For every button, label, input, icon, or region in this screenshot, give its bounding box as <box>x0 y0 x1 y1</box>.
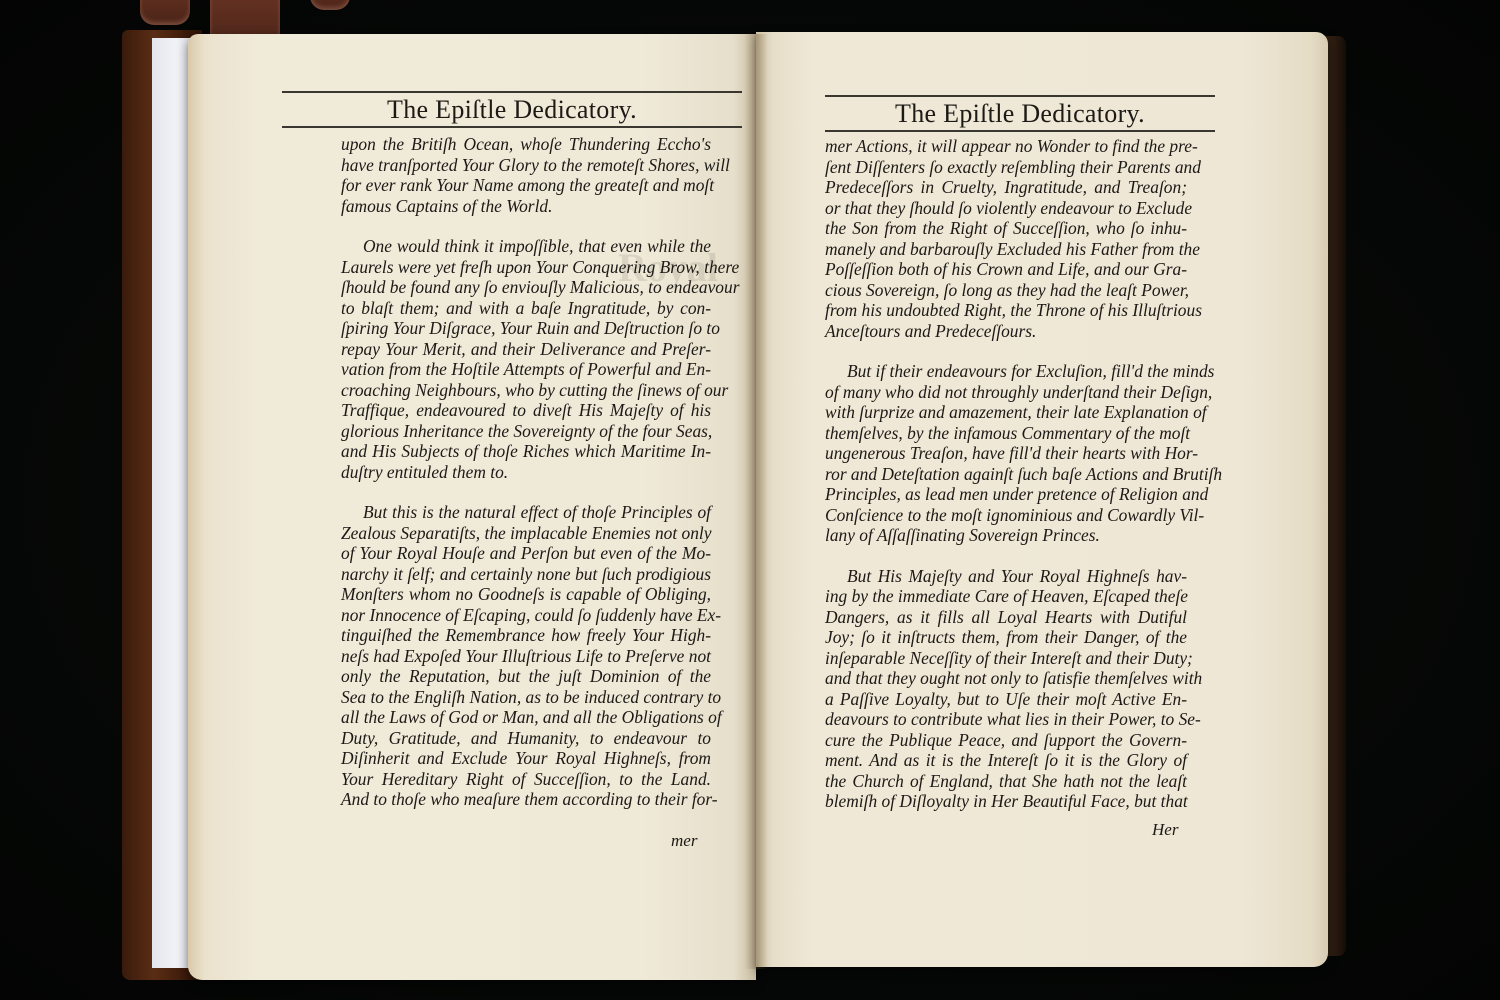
text-line: ſhould be found any ſo enviouſly Malicio… <box>341 277 711 298</box>
text-line: Joy; ſo it inſtructs them, from their Da… <box>825 627 1187 648</box>
text-line: One would think it impoſſible, that even… <box>341 236 711 257</box>
text-line: vation from the Hoſtile Attempts of Powe… <box>341 359 711 380</box>
text-line: Duty, Gratitude, and Humanity, to endeav… <box>341 728 711 749</box>
text-line: for ever rank Your Name among the greate… <box>341 175 711 196</box>
catchword: mer <box>671 831 697 851</box>
text-line: inſeparable Neceſſity of their Intereſt … <box>825 648 1187 669</box>
right-page: The Epiſtle Dedicatory. mer Actions, it … <box>756 32 1328 967</box>
text-line: Traffique, endeavoured to diveſt His Maj… <box>341 400 711 421</box>
text-line: and His Subjects of thoſe Riches which M… <box>341 441 711 462</box>
text-line: Diſinherit and Exclude Your Royal Highne… <box>341 748 711 769</box>
text-line: duſtry entituled them to. <box>341 462 711 483</box>
text-line: Monſters whom no Goodneſs is capable of … <box>341 584 711 605</box>
text-line: with ſurprize and amazement, their late … <box>825 402 1187 423</box>
text-line: ing by the immediate Care of Heaven, Eſc… <box>825 586 1187 607</box>
text-line: cure the Publique Peace, and ſupport the… <box>825 730 1187 751</box>
text-line: famous Captains of the World. <box>341 196 711 217</box>
text-line: ſent Diſſenters ſo exactly reſembling th… <box>825 157 1187 178</box>
text-line: have tranſported Your Glory to the remot… <box>341 155 711 176</box>
text-line: the Son from the Right of Succeſſion, wh… <box>825 218 1187 239</box>
running-header: The Epiſtle Dedicatory. <box>282 91 742 128</box>
text-line: nor Innocence of Eſcaping, could ſo ſudd… <box>341 605 711 626</box>
text-line: manely and barbarouſly Excluded his Fath… <box>825 239 1187 260</box>
left-page: Royal The Epiſtle Dedicatory. upon the B… <box>188 34 756 980</box>
text-line: a Paſſive Loyalty, but to Uſe their moſt… <box>825 689 1187 710</box>
text-line: upon the Britiſh Ocean, whoſe Thundering… <box>341 134 711 155</box>
text-line: Conſcience to the moſt ignominious and C… <box>825 505 1187 526</box>
text-line: ror and Deteſtation againſt ſuch baſe Ac… <box>825 464 1187 485</box>
text-line: themſelves, by the infamous Commentary o… <box>825 423 1187 444</box>
text-line: Dangers, as it fills all Loyal Hearts wi… <box>825 607 1187 628</box>
text-line: croaching Neighbours, who by cutting the… <box>341 380 711 401</box>
text-line: Poſſeſſion both of his Crown and Life, a… <box>825 259 1187 280</box>
text-line: blemiſh of Diſloyalty in Her Beautiful F… <box>825 791 1187 812</box>
text-line: of Your Royal Houſe and Perſon but even … <box>341 543 711 564</box>
text-line: But this is the natural effect of thoſe … <box>341 502 711 523</box>
text-line: Principles, as lead men under pretence o… <box>825 484 1187 505</box>
text-line: glorious Inheritance the Sovereignty of … <box>341 421 711 442</box>
text-line: the Church of England, that She hath not… <box>825 771 1187 792</box>
text-line: cious Sovereign, ſo long as they had the… <box>825 280 1187 301</box>
paragraph: But His Majeſty and Your Royal Highneſs … <box>825 566 1187 812</box>
text-line: only the Reputation, but the juſt Domini… <box>341 666 711 687</box>
text-line: And to thoſe who meaſure them according … <box>341 789 711 810</box>
text-line: ment. And as it is the Intereſt ſo it is… <box>825 750 1187 771</box>
paragraph: upon the Britiſh Ocean, whoſe Thundering… <box>341 134 711 216</box>
text-line: lany of Aſſaſſinating Sovereign Princes. <box>825 525 1187 546</box>
text-line: ſpiring Your Diſgrace, Your Ruin and Deſ… <box>341 318 711 339</box>
text-line: narchy it ſelf; and certainly none but ſ… <box>341 564 711 585</box>
text-line: from his undoubted Right, the Throne of … <box>825 300 1187 321</box>
flyleaf-paper <box>152 38 192 968</box>
text-line: Predeceſſors in Cruelty, Ingratitude, an… <box>825 177 1187 198</box>
text-line: But His Majeſty and Your Royal Highneſs … <box>825 566 1187 587</box>
text-line: to blaſt them; and with a baſe Ingratitu… <box>341 298 711 319</box>
text-line: tinguiſhed the Remembrance how freely Yo… <box>341 625 711 646</box>
paragraph: But if their endeavours for Excluſion, f… <box>825 361 1187 546</box>
paragraph: But this is the natural effect of thoſe … <box>341 502 711 810</box>
paragraph: mer Actions, it will appear no Wonder to… <box>825 136 1187 341</box>
text-line: all the Laws of God or Man, and all the … <box>341 707 711 728</box>
right-page-body: mer Actions, it will appear no Wonder to… <box>825 136 1187 812</box>
catchword: Her <box>1152 820 1178 840</box>
text-line: and that they ought not only to ſatisfie… <box>825 668 1187 689</box>
running-title: The Epiſtle Dedicatory. <box>387 93 637 126</box>
text-line: ungenerous Treaſon, have fill'd their he… <box>825 443 1187 464</box>
text-line: But if their endeavours for Excluſion, f… <box>825 361 1187 382</box>
text-line: of many who did not throughly underſtand… <box>825 382 1187 403</box>
text-line: neſs had Expoſed Your Illuſtrious Life t… <box>341 646 711 667</box>
text-line: Anceſtours and Predeceſſours. <box>825 321 1187 342</box>
text-line: Your Hereditary Right of Succeſſion, to … <box>341 769 711 790</box>
left-page-body: upon the Britiſh Ocean, whoſe Thundering… <box>341 134 711 810</box>
paragraph: One would think it impoſſible, that even… <box>341 236 711 482</box>
text-line: or that they ſhould ſo violently endeavo… <box>825 198 1187 219</box>
text-line: Laurels were yet freſh upon Your Conquer… <box>341 257 711 278</box>
text-line: deavours to contribute what lies in thei… <box>825 709 1187 730</box>
text-line: mer Actions, it will appear no Wonder to… <box>825 136 1187 157</box>
text-line: Sea to the Engliſh Nation, as to be indu… <box>341 687 711 708</box>
text-line: repay Your Merit, and their Deliverance … <box>341 339 711 360</box>
running-title: The Epiſtle Dedicatory. <box>895 97 1145 130</box>
running-header: The Epiſtle Dedicatory. <box>825 95 1215 132</box>
text-line: Zealous Separatiſts, the implacable Enem… <box>341 523 711 544</box>
